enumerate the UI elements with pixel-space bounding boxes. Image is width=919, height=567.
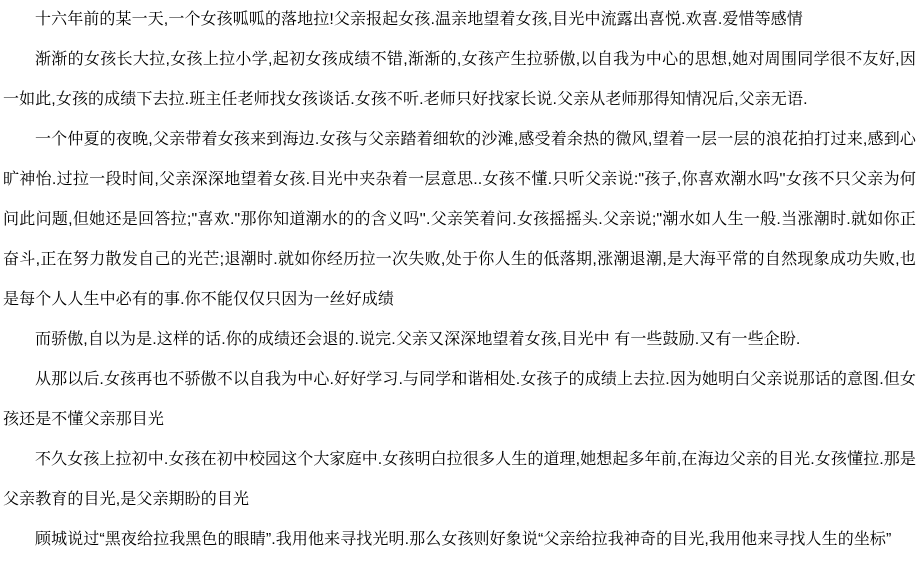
essay-paragraph-3: 一个仲夏的夜晚,父亲带着女孩来到海边.女孩与父亲踏着细软的沙滩,感受着余热的微风… <box>3 120 916 320</box>
essay-paragraph-2: 渐渐的女孩长大拉,女孩上拉小学,起初女孩成绩不错,渐渐的,女孩产生拉骄傲,以自我… <box>3 40 916 120</box>
essay-paragraph-5: 从那以后.女孩再也不骄傲不以自我为中心.好好学习.与同学和谐相处.女孩子的成绩上… <box>3 360 916 440</box>
essay-paragraph-1: 十六年前的某一天,一个女孩呱呱的落地拉!父亲报起女孩.温亲地望着女孩,目光中流露… <box>3 0 916 40</box>
essay-paragraph-4: 而骄傲,自以为是.这样的话.你的成绩还会退的.说完.父亲又深深地望着女孩,目光中… <box>3 320 916 360</box>
essay-page: 十六年前的某一天,一个女孩呱呱的落地拉!父亲报起女孩.温亲地望着女孩,目光中流露… <box>0 0 919 567</box>
essay-paragraph-6: 不久女孩上拉初中.女孩在初中校园这个大家庭中.女孩明白拉很多人生的道理,她想起多… <box>3 440 916 520</box>
essay-paragraph-7: 顾城说过“黑夜给拉我黑色的眼睛”.我用他来寻找光明.那么女孩则好象说“父亲给拉我… <box>3 520 916 560</box>
